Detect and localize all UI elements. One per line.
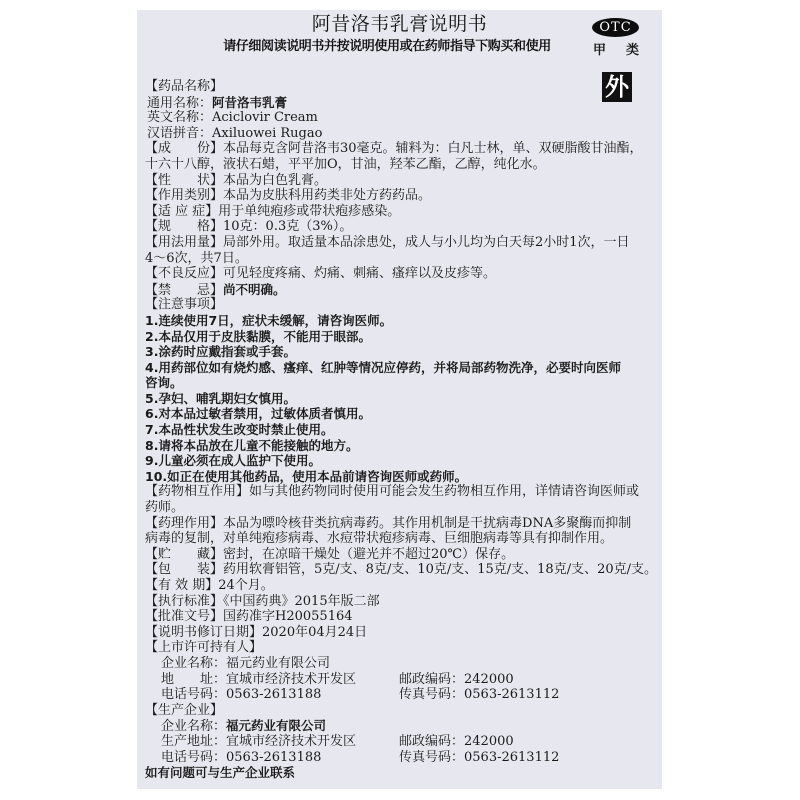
revision-value: 2020年04月24日: [262, 625, 367, 640]
document-title: 阿昔洛韦乳膏说明书: [137, 13, 662, 35]
mah-phone-row: 电话号码：0563-2613188 传真号码：0563-2613112: [145, 687, 653, 703]
spec-label: 【规 格】: [145, 219, 223, 234]
english-name-value: Aciclovir Cream: [212, 110, 318, 125]
pinyin-label: 汉语拼音：: [147, 126, 212, 141]
interaction-text-1: 如与其他药物同时使用可能会发生药物相互作用，详情请咨询医师或: [249, 484, 639, 499]
interaction-row: 【药物相互作用】如与其他药物同时使用可能会发生药物相互作用，详情请咨询医师或: [145, 484, 653, 500]
manufacturer-company-row: 企业名称：福元药业有限公司: [145, 718, 653, 734]
english-name-row: 英文名称：Aciclovir Cream: [145, 110, 653, 126]
appearance-value: 本品为白色乳膏。: [223, 173, 327, 188]
appearance-row: 【性 状】本品为白色乳膏。: [145, 173, 653, 189]
dosage-text-2: 4～6次，共7日。: [145, 251, 653, 267]
mah-phone-value: 0563-2613188: [226, 687, 321, 702]
package-row: 【包 装】药用软膏铝管，5克/支、8克/支、10克/支、15克/支、18克/支、…: [145, 562, 653, 578]
pinyin-row: 汉语拼音：Axiluowei Rugao: [145, 126, 653, 142]
storage-label: 【贮 藏】: [145, 547, 223, 562]
leaflet-body: 【药品名称】 通用名称：阿昔洛韦乳膏 英文名称：Aciclovir Cream …: [145, 79, 653, 781]
manufacturer-phone-label: 电话号码：: [161, 750, 226, 765]
manufacturer-phone-value: 0563-2613188: [226, 750, 321, 765]
validity-value: 24个月。: [218, 578, 274, 593]
document-subtitle: 请仔细阅读说明书并按说明使用或在药师指导下购买和使用: [212, 38, 562, 56]
ingredients-text-1: 本品每克含阿昔洛韦30毫克。辅料为：白凡士林，单、双硬脂酸甘油酯，: [223, 141, 643, 156]
spec-row: 【规 格】10克：0.3克（3%）。: [145, 219, 653, 235]
ingredients-row: 【成 份】本品每克含阿昔洛韦30毫克。辅料为：白凡士林，单、双硬脂酸甘油酯，: [145, 141, 653, 157]
contraindication-value: 尚不明确。: [223, 282, 286, 297]
approval-value: 国药准字H20055164: [223, 609, 353, 624]
manufacturer-address-value: 宜城市经济技术开发区: [226, 734, 356, 749]
adverse-row: 【不良反应】可见轻度疼痛、灼痛、刺痛、瘙痒以及皮疹等。: [145, 266, 653, 282]
storage-value: 密封，在凉暗干燥处（避光并不超过20℃）保存。: [223, 547, 514, 562]
approval-label: 【批准文号】: [145, 609, 223, 624]
precaution-item: 2.本品仅用于皮肤黏膜，不能用于眼部。: [145, 329, 653, 345]
indication-label: 【适 应 症】: [145, 204, 218, 219]
contact-note: 如有问题可与生产企业联系: [145, 765, 653, 781]
mah-postcode-label: 邮政编码：: [399, 672, 464, 687]
category-label: 【作用类别】: [145, 188, 223, 203]
dosage-label: 【用法用量】: [145, 235, 223, 250]
precaution-item-continued: 咨询。: [145, 375, 653, 391]
standard-row: 【执行标准】《中国药典》2015年版二部: [145, 594, 653, 610]
manufacturer-address-row: 生产地址：宜城市经济技术开发区 邮政编码：242000: [145, 734, 653, 750]
dosage-text-1: 局部外用。取适量本品涂患处，成人与小儿均为白天每2小时1次，一日: [223, 235, 630, 250]
manufacturer-company-label: 企业名称：: [161, 719, 226, 734]
mah-company-label: 企业名称：: [161, 656, 226, 671]
category-value: 本品为皮肤科用药类非处方药药品。: [223, 188, 431, 203]
storage-row: 【贮 藏】密封，在凉暗干燥处（避光并不超过20℃）保存。: [145, 547, 653, 563]
pinyin-value: Axiluowei Rugao: [212, 126, 322, 141]
interaction-text-2: 药师。: [145, 500, 653, 516]
approval-row: 【批准文号】国药准字H20055164: [145, 609, 653, 625]
ingredients-label: 【成 份】: [145, 141, 223, 156]
generic-name-label: 通用名称：: [147, 96, 212, 111]
manufacturer-fax-label: 传真号码：: [399, 750, 464, 765]
manufacturer-company-value: 福元药业有限公司: [226, 718, 326, 733]
generic-name-value: 阿昔洛韦乳膏: [212, 95, 287, 110]
indication-row: 【适 应 症】用于单纯疱疹或带状疱疹感染。: [145, 204, 653, 220]
precaution-item: 4.用药部位如有烧灼感、瘙痒、红肿等情况应停药，并将局部药物洗净，必要时向医师: [145, 360, 653, 376]
manufacturer-fax-value: 0563-2613112: [464, 750, 559, 765]
precaution-item: 10.如正在使用其他药品，使用本品前请咨询医师或药师。: [145, 469, 653, 485]
mah-company-row: 企业名称：福元药业有限公司: [145, 656, 653, 672]
spec-value: 10克：0.3克（3%）。: [223, 219, 352, 234]
generic-name-row: 通用名称：阿昔洛韦乳膏: [145, 95, 653, 111]
precaution-item: 5.孕妇、哺乳期妇女慎用。: [145, 391, 653, 407]
precaution-item: 3.涂药时应戴指套或手套。: [145, 344, 653, 360]
package-value: 药用软膏铝管，5克/支、8克/支、10克/支、15克/支、18克/支、20克/支…: [223, 562, 657, 577]
revision-label: 【说明书修订日期】: [145, 625, 262, 640]
precaution-item: 1.连续使用7日，症状未缓解，请咨询医师。: [145, 313, 653, 329]
contraindication-label: 【禁 忌】: [145, 283, 223, 298]
mah-address-row: 地 址：宜城市经济技术开发区 邮政编码：242000: [145, 672, 653, 688]
indication-value: 用于单纯疱疹或带状疱疹感染。: [218, 204, 400, 219]
dosage-row: 【用法用量】局部外用。取适量本品涂患处，成人与小儿均为白天每2小时1次，一日: [145, 235, 653, 251]
mah-fax-label: 传真号码：: [399, 687, 464, 702]
pharmacology-row: 【药理作用】本品为嘌呤核苷类抗病毒药。其作用机制是干扰病毒DNA多聚酶而抑制: [145, 516, 653, 532]
section-heading-mah: 【上市许可持有人】: [145, 640, 653, 656]
adverse-label: 【不良反应】: [145, 266, 223, 281]
manufacturer-phone-row: 电话号码：0563-2613188 传真号码：0563-2613112: [145, 750, 653, 766]
validity-row: 【有 效 期】24个月。: [145, 578, 653, 594]
interaction-label: 【药物相互作用】: [145, 484, 249, 499]
revision-row: 【说明书修订日期】2020年04月24日: [145, 625, 653, 641]
package-label: 【包 装】: [145, 562, 223, 577]
category-row: 【作用类别】本品为皮肤科用药类非处方药药品。: [145, 188, 653, 204]
manufacturer-address-label: 生产地址：: [161, 734, 226, 749]
section-heading-drug-name: 【药品名称】: [145, 79, 653, 95]
adverse-value: 可见轻度疼痛、灼痛、刺痛、瘙痒以及皮疹等。: [223, 266, 496, 281]
mah-company-value: 福元药业有限公司: [226, 656, 330, 671]
leaflet-page: 阿昔洛韦乳膏说明书 请仔细阅读说明书并按说明使用或在药师指导下购买和使用 OTC…: [137, 10, 662, 789]
section-heading-manufacturer: 【生产企业】: [145, 703, 653, 719]
mah-postcode-value: 242000: [464, 672, 514, 687]
ingredients-text-2: 十六十八醇，液状石蜡，平平加O，甘油，羟苯乙酯，乙醇，纯化水。: [145, 157, 653, 173]
mah-address-value: 宜城市经济技术开发区: [226, 672, 356, 687]
mah-fax-value: 0563-2613112: [464, 687, 559, 702]
otc-category: 甲 类: [593, 43, 639, 59]
otc-category-char-2: 类: [626, 43, 639, 59]
standard-value: 《中国药典》2015年版二部: [223, 594, 380, 609]
precaution-item: 6.对本品过敏者禁用，过敏体质者慎用。: [145, 406, 653, 422]
precaution-item: 8.请将本品放在儿童不能接触的地方。: [145, 438, 653, 454]
precaution-item: 9.儿童必须在成人监护下使用。: [145, 453, 653, 469]
pharmacology-label: 【药理作用】: [145, 516, 223, 531]
mah-address-label: 地 址：: [161, 672, 226, 687]
contraindication-row: 【禁 忌】尚不明确。: [145, 282, 653, 298]
validity-label: 【有 效 期】: [145, 578, 218, 593]
otc-badge: OTC: [592, 18, 639, 37]
manufacturer-postcode-value: 242000: [464, 734, 514, 749]
mah-phone-label: 电话号码：: [161, 687, 226, 702]
pharmacology-text-2: 病毒的复制，对单纯疱疹病毒、水痘带状疱疹病毒、巨细胞病毒等具有抑制作用。: [145, 531, 653, 547]
standard-label: 【执行标准】: [145, 594, 223, 609]
section-heading-precautions: 【注意事项】: [145, 297, 653, 313]
precaution-item: 7.本品性状发生改变时禁止使用。: [145, 422, 653, 438]
pharmacology-text-1: 本品为嘌呤核苷类抗病毒药。其作用机制是干扰病毒DNA多聚酶而抑制: [223, 516, 631, 531]
english-name-label: 英文名称：: [147, 110, 212, 125]
manufacturer-postcode-label: 邮政编码：: [399, 734, 464, 749]
appearance-label: 【性 状】: [145, 173, 223, 188]
otc-category-char-1: 甲: [593, 43, 606, 59]
